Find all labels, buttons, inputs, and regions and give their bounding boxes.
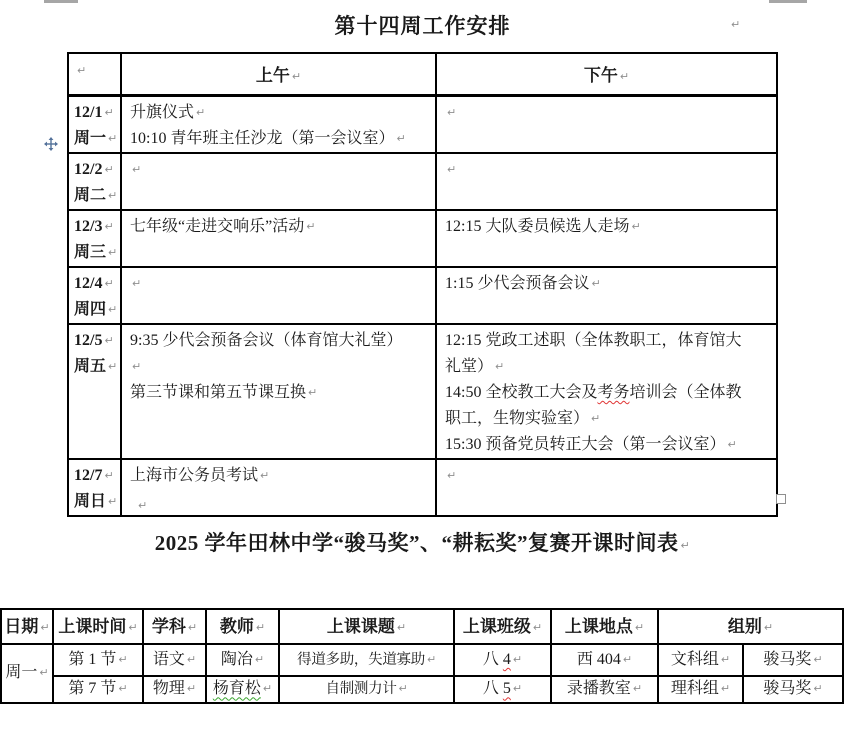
competition-schedule-table: 日期上课时间学科教师上课课题上课班级上课地点组别周一第 1 节语文陶冶得道多助，…: [0, 608, 844, 704]
paragraph-mark: [102, 467, 113, 484]
window-artifact-left: [44, 0, 78, 3]
header-cell-group[interactable]: 组别: [658, 609, 843, 644]
group-cell[interactable]: 文科组: [658, 644, 743, 676]
four-direction-arrows-icon: [44, 137, 58, 151]
afternoon-cell[interactable]: [436, 459, 777, 516]
afternoon-cell[interactable]: 12:15 党政工述职（全体教职工，体育馆大礼堂）14:50 全校教工大会及考务…: [436, 324, 777, 459]
paragraph-mark: [185, 651, 196, 668]
paragraph-mark: [304, 218, 315, 235]
morning-cell[interactable]: [121, 153, 436, 210]
paragraph-mark: [719, 651, 730, 668]
table-move-handle[interactable]: [43, 136, 59, 152]
paragraph-mark: [254, 617, 265, 636]
teacher-cell[interactable]: 陶冶: [206, 644, 279, 676]
date-cell[interactable]: 12/2周二: [68, 153, 121, 210]
paragraph-mark: [130, 358, 141, 375]
paragraph-mark: [811, 651, 822, 668]
contest-schedule-title[interactable]: 2025 学年田林中学“骏马奖”、“耕耘奖”复赛开课时间表: [0, 527, 845, 557]
paragraph-mark: [729, 16, 740, 34]
period-cell[interactable]: 第 7 节: [53, 676, 143, 703]
paragraph-mark: [258, 467, 269, 484]
class-cell[interactable]: 八 5: [454, 676, 551, 703]
table-row: 第 7 节物理杨育松自制测力计八 5录播教室理科组骏马奖: [1, 676, 843, 703]
paragraph-mark: [493, 358, 504, 375]
paragraph-mark: [194, 104, 205, 121]
paragraph-mark: [719, 680, 730, 697]
subject-cell[interactable]: 语文: [143, 644, 206, 676]
header-cell-teacher[interactable]: 教师: [206, 609, 279, 644]
afternoon-cell[interactable]: [436, 95, 777, 153]
paragraph-mark: [633, 617, 644, 636]
paragraph-mark: [425, 652, 436, 668]
award-cell[interactable]: 骏马奖: [743, 644, 843, 676]
table-header-row: 日期上课时间学科教师上课课题上课班级上课地点组别: [1, 609, 843, 644]
header-cell-class[interactable]: 上课班级: [454, 609, 551, 644]
subject-cell[interactable]: 物理: [143, 676, 206, 703]
paragraph-mark: [106, 244, 117, 261]
location-cell[interactable]: 录播教室: [551, 676, 658, 703]
morning-cell[interactable]: 上海市公务员考试: [121, 459, 436, 516]
group-cell[interactable]: 理科组: [658, 676, 743, 703]
paragraph-mark: [106, 301, 117, 318]
paragraph-mark: [395, 617, 406, 636]
header-cell-period[interactable]: 日期: [1, 609, 53, 644]
table-row: 12/3周三七年级“走进交响乐”活动12:15 大队委员候选人走场: [68, 210, 777, 267]
teacher-cell[interactable]: 杨育松: [206, 676, 279, 703]
spellcheck-red-squiggle: 4: [503, 651, 511, 668]
date-cell[interactable]: 12/1周一: [68, 95, 121, 153]
location-cell[interactable]: 西 404: [551, 644, 658, 676]
afternoon-cell[interactable]: 12:15 大队委员候选人走场: [436, 210, 777, 267]
paragraph-mark: [102, 332, 113, 349]
header-cell-afternoon[interactable]: 下午: [436, 53, 777, 95]
header-cell-subject[interactable]: 学科: [143, 609, 206, 644]
paragraph-mark: [38, 617, 49, 636]
paragraph-mark: [106, 358, 117, 375]
weekly-schedule-table: 上午下午12/1周一升旗仪式10:10 青年班主任沙龙（第一会议室）12/2周二…: [67, 52, 778, 517]
date-cell[interactable]: 12/3周三: [68, 210, 121, 267]
paragraph-mark: [116, 651, 127, 668]
date-cell[interactable]: 12/7周日: [68, 459, 121, 516]
paragraph-mark: [106, 493, 117, 510]
table-header-row: 上午下午: [68, 53, 777, 95]
spellcheck-red-squiggle: 考务: [597, 384, 629, 401]
paragraph-mark: [397, 681, 408, 697]
paragraph-mark: [445, 161, 456, 178]
topic-cell[interactable]: 得道多助，失道寡助: [279, 644, 454, 676]
paragraph-mark: [762, 617, 773, 636]
table-row: 12/5周五9:35 少代会预备会议（体育馆大礼堂）第三节课和第五节课互换12:…: [68, 324, 777, 459]
morning-cell[interactable]: 升旗仪式10:10 青年班主任沙龙（第一会议室）: [121, 95, 436, 153]
class-cell[interactable]: 八 4: [454, 644, 551, 676]
table-resize-handle[interactable]: [776, 494, 786, 504]
paragraph-mark: [253, 651, 264, 668]
award-cell[interactable]: 骏马奖: [743, 676, 843, 703]
paragraph-mark: [306, 384, 317, 401]
document-page: 第十四周工作安排 上午下午12/1周一升旗仪式10:10 青年班主任沙龙（第一会…: [0, 0, 845, 730]
table-row: 12/4周四1:15 少代会预备会议: [68, 267, 777, 324]
period-cell[interactable]: 第 1 节: [53, 644, 143, 676]
paragraph-mark: [290, 66, 301, 85]
paragraph-mark: [589, 410, 600, 427]
paragraph-mark: [811, 680, 822, 697]
paragraph-mark: [102, 104, 113, 121]
week-schedule-title[interactable]: 第十四周工作安排: [0, 10, 845, 40]
date-cell[interactable]: 12/4周四: [68, 267, 121, 324]
table-row: 周一第 1 节语文陶冶得道多助，失道寡助八 4西 404文科组骏马奖: [1, 644, 843, 676]
window-artifact-right: [769, 0, 807, 3]
paragraph-mark: [186, 617, 197, 636]
afternoon-cell[interactable]: 1:15 少代会预备会议: [436, 267, 777, 324]
paragraph-mark: [531, 617, 542, 636]
spellcheck-red-squiggle: 5: [503, 680, 511, 697]
paragraph-mark: [102, 275, 113, 292]
table-row: 12/7周日上海市公务员考试: [68, 459, 777, 516]
morning-cell[interactable]: 七年级“走进交响乐”活动: [121, 210, 436, 267]
paragraph-mark: [126, 617, 137, 636]
header-cell-topic[interactable]: 上课课题: [279, 609, 454, 644]
day-cell[interactable]: 周一: [1, 644, 53, 703]
paragraph-mark: [511, 651, 522, 668]
paragraph-mark: [445, 467, 456, 484]
paragraph-mark: [589, 275, 600, 292]
paragraph-mark: [106, 130, 117, 147]
paragraph-mark: [618, 66, 629, 85]
paragraph-mark: [629, 218, 640, 235]
header-cell-date[interactable]: [68, 53, 121, 95]
paragraph-mark: [725, 436, 736, 453]
spellcheck-green-squiggle: 杨育松: [213, 680, 261, 697]
topic-cell[interactable]: 自制测力计: [279, 676, 454, 703]
header-cell-period[interactable]: 上课时间: [53, 609, 143, 644]
paragraph-mark: [445, 104, 456, 121]
paragraph-mark: [631, 680, 642, 697]
contest-title-text: 2025 学年田林中学“骏马奖”、“耕耘奖”复赛开课时间表: [155, 531, 679, 555]
afternoon-cell[interactable]: [436, 153, 777, 210]
paragraph-mark: [621, 651, 632, 668]
paragraph-mark: [130, 161, 141, 178]
paragraph-mark: [37, 664, 48, 681]
header-cell-location[interactable]: 上课地点: [551, 609, 658, 644]
table-row: 12/1周一升旗仪式10:10 青年班主任沙龙（第一会议室）: [68, 95, 777, 153]
paragraph-mark: [102, 218, 113, 235]
date-cell[interactable]: 12/5周五: [68, 324, 121, 459]
table-row: 12/2周二: [68, 153, 777, 210]
paragraph-mark: [75, 60, 86, 79]
header-cell-morning[interactable]: 上午: [121, 53, 436, 95]
paragraph-mark: [185, 680, 196, 697]
morning-cell[interactable]: 9:35 少代会预备会议（体育馆大礼堂）第三节课和第五节课互换: [121, 324, 436, 459]
paragraph-mark: [106, 187, 117, 204]
paragraph-mark: [679, 531, 691, 555]
morning-cell[interactable]: [121, 267, 436, 324]
paragraph-mark: [511, 680, 522, 697]
paragraph-mark: [130, 275, 141, 292]
paragraph-mark: [116, 680, 127, 697]
paragraph-mark: [102, 161, 113, 178]
paragraph-mark: [394, 130, 405, 147]
paragraph-mark: [136, 497, 147, 515]
paragraph-mark: [261, 680, 272, 697]
